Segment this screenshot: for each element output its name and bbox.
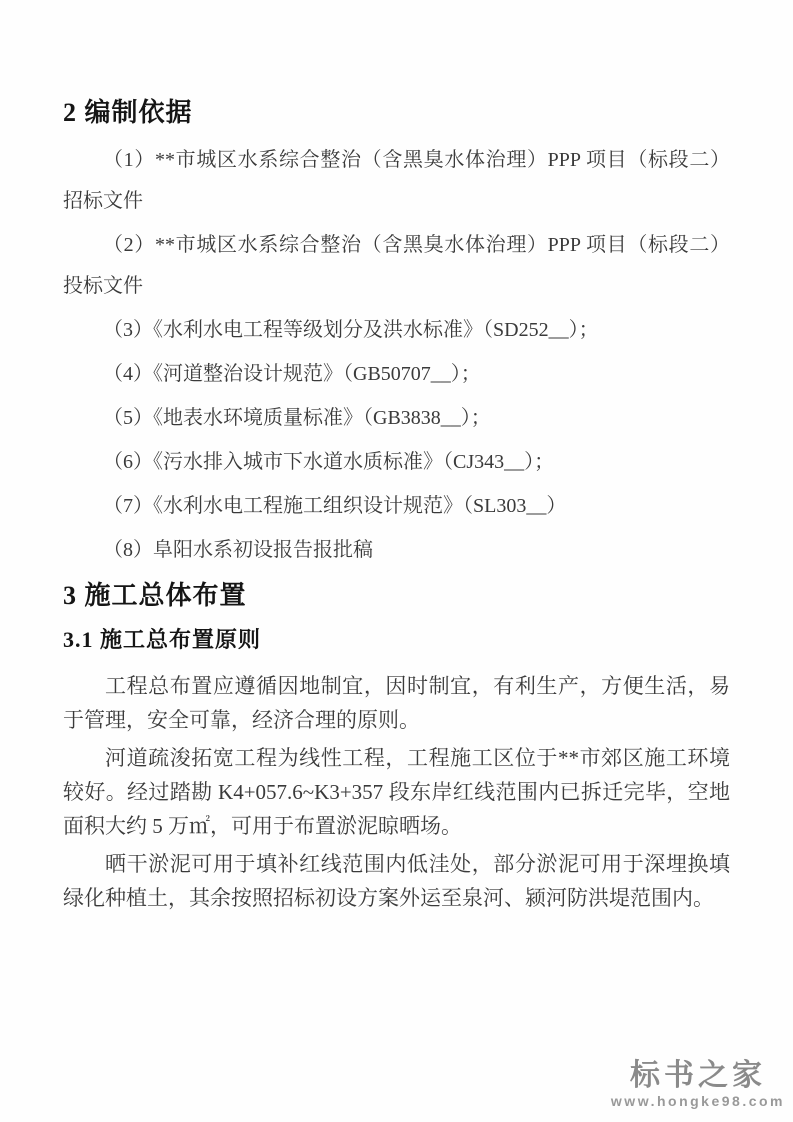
reference-item-4: （4）《河道整治设计规范》（GB50707__）； bbox=[63, 354, 730, 395]
section-heading-layout: 3 施工总体布置 bbox=[63, 579, 730, 613]
reference-item-8: （8）阜阳水系初设报告报批稿 bbox=[63, 530, 730, 571]
body-paragraph-3: 晒干淤泥可用于填补红线范围内低洼处，部分淤泥可用于深埋换填绿化种植土，其余按照招… bbox=[63, 847, 730, 915]
body-paragraph-2: 河道疏浚拓宽工程为线性工程，工程施工区位于**市郊区施工环境较好。经过踏勘 K4… bbox=[63, 741, 730, 843]
reference-item-1: （1）**市城区水系综合整治（含黑臭水体治理）PPP 项目（标段二）招标文件 bbox=[63, 140, 730, 222]
watermark-url: www.hongke98.com bbox=[611, 1092, 785, 1110]
reference-item-5: （5）《地表水环境质量标准》（GB3838__）； bbox=[63, 398, 730, 439]
watermark-logo: 标书之家 bbox=[611, 1060, 785, 1092]
body-paragraph-1: 工程总布置应遵循因地制宜，因时制宜，有利生产，方便生活，易于管理，安全可靠，经济… bbox=[63, 669, 730, 737]
watermark: 标书之家 www.hongke98.com bbox=[611, 1060, 785, 1110]
subsection-heading-principles: 3.1 施工总布置原则 bbox=[63, 623, 730, 657]
reference-item-7: （7）《水利水电工程施工组织设计规范》（SL303__） bbox=[63, 486, 730, 527]
reference-item-6: （6）《污水排入城市下水道水质标准》（CJ343__）； bbox=[63, 442, 730, 483]
section-heading-basis: 2 编制依据 bbox=[63, 96, 730, 130]
reference-item-3: （3）《水利水电工程等级划分及洪水标准》（SD252__）； bbox=[63, 310, 730, 351]
reference-item-2: （2）**市城区水系综合整治（含黑臭水体治理）PPP 项目（标段二）投标文件 bbox=[63, 225, 730, 307]
document-page: 2 编制依据 （1）**市城区水系综合整治（含黑臭水体治理）PPP 项目（标段二… bbox=[0, 0, 793, 1122]
